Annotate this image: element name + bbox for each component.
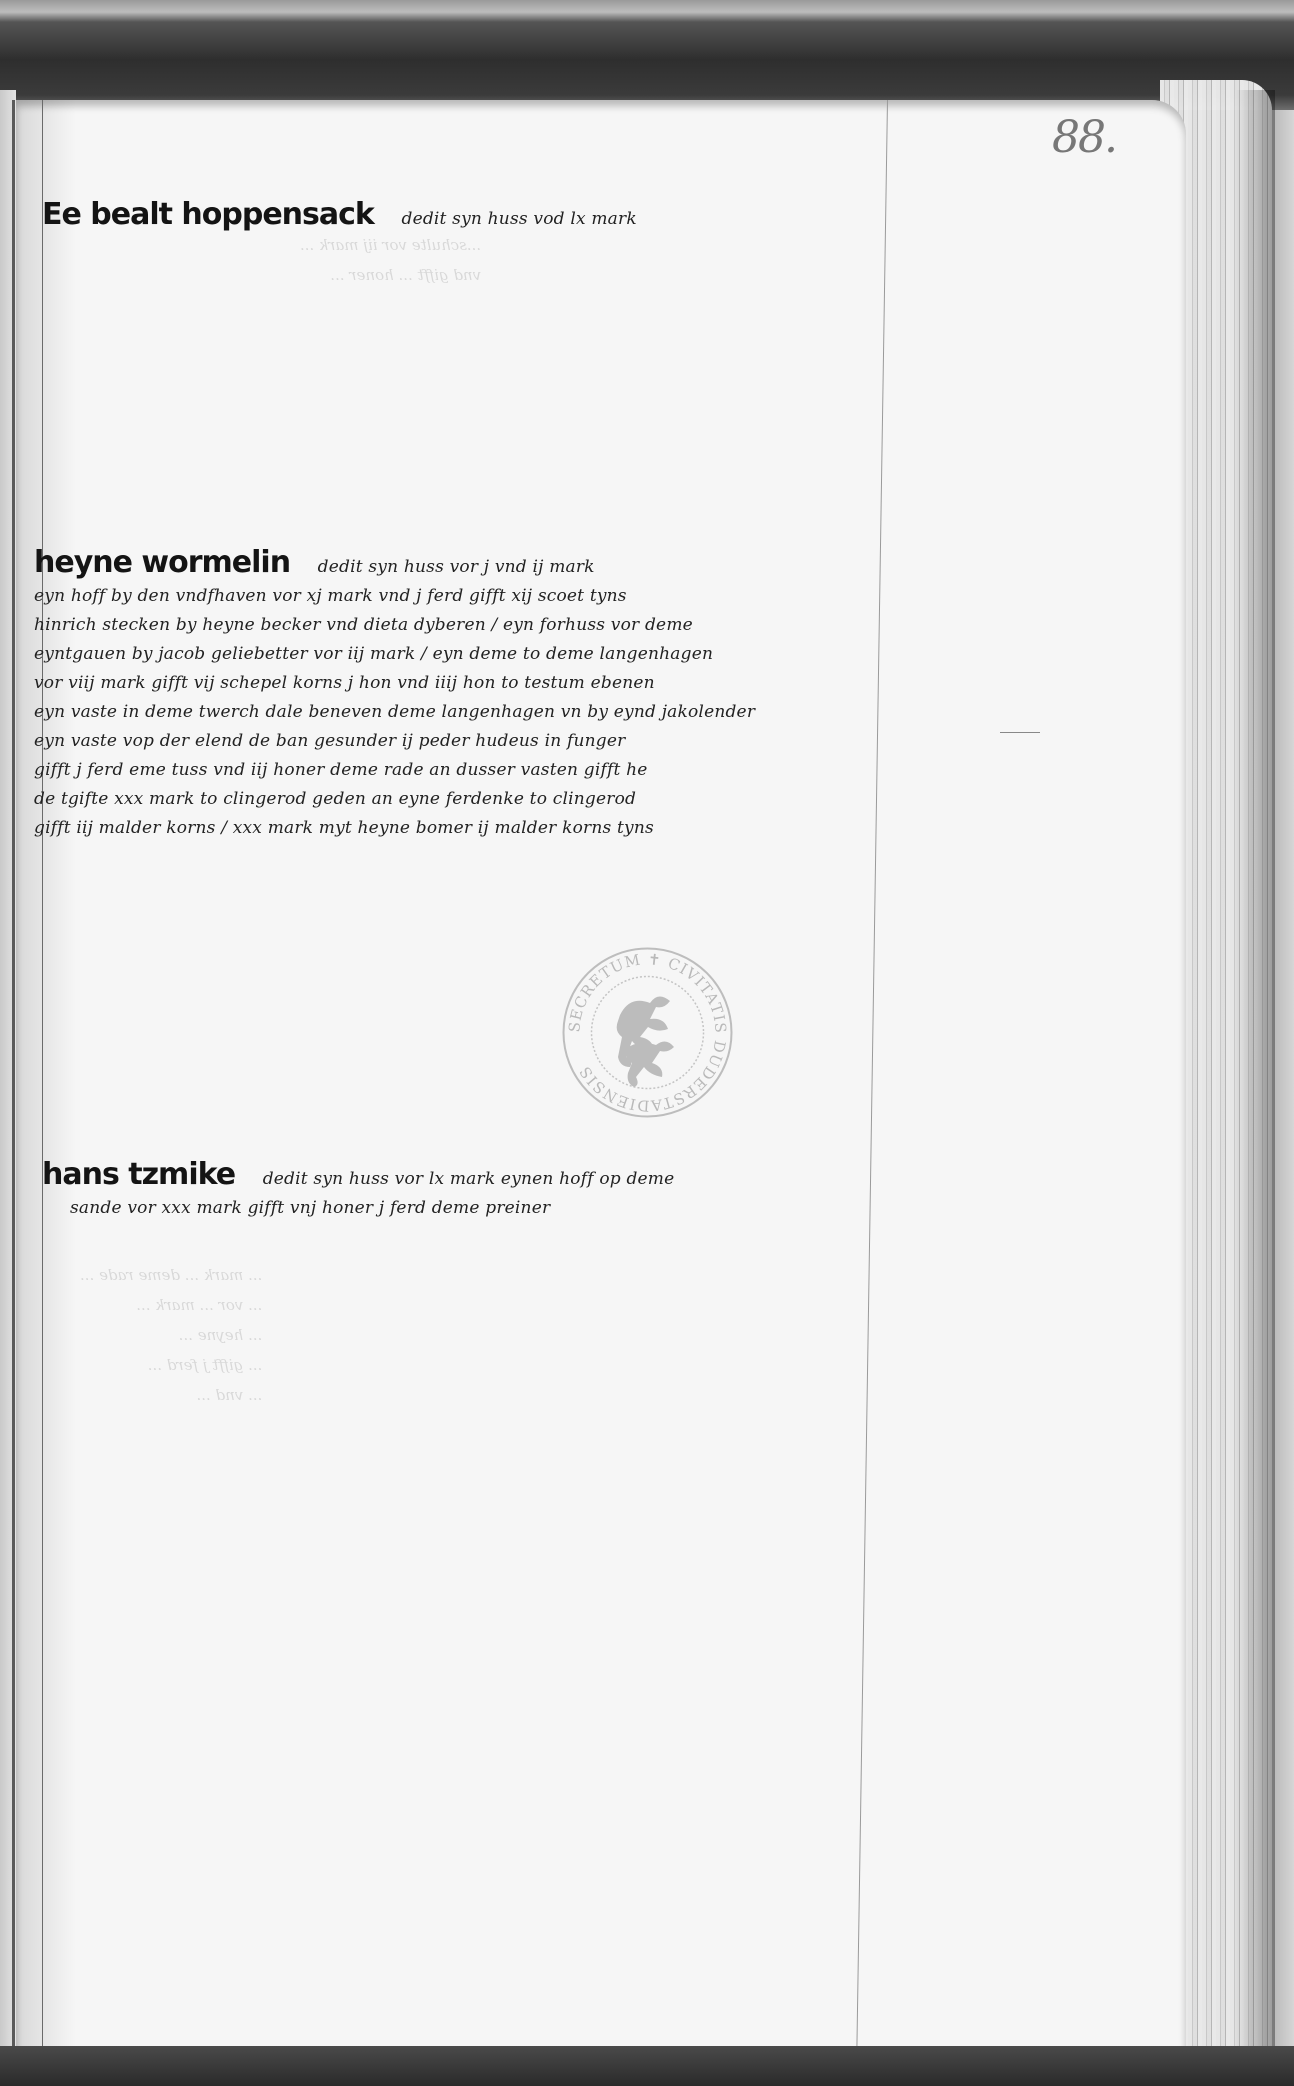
entry-line: Ee bealt hoppensack dedit syn huss vod l… [42, 200, 637, 234]
bleed-line: vnd gifft ... honer ... [300, 260, 481, 290]
entry-line: hinrich stecken by heyne becker vnd diet… [34, 611, 755, 640]
left-ruling-line [42, 100, 43, 2050]
entry-line: eyntgauen by jacob geliebetter vor iij m… [34, 640, 755, 669]
entry-1: Ee bealt hoppensack dedit syn huss vod l… [42, 200, 637, 234]
book-top-shadow [0, 0, 1294, 110]
gutter-line [12, 100, 15, 2060]
entry-line: heyne wormelin dedit syn huss vor j vnd … [34, 548, 755, 582]
entry-text: dedit syn huss vod lx mark [401, 209, 636, 229]
entry-2: heyne wormelin dedit syn huss vor j vnd … [34, 548, 755, 843]
entry-name: hans tzmike [42, 1157, 235, 1192]
entry-line: vor viij mark gifft vij schepel korns j … [34, 669, 755, 698]
margin-dash [1000, 732, 1040, 733]
bleed-line: ... heyne ... [80, 1320, 262, 1350]
page-stack-shadow [1235, 90, 1275, 2050]
entry-text: dedit syn huss vor j vnd ij mark [318, 557, 595, 577]
entry-text: dedit syn huss vor lx mark eynen hoff op… [263, 1169, 675, 1189]
bleed-line: ... mark ... deme rade ... [80, 1260, 262, 1290]
entry-line: gifft j ferd eme tuss vnd iij honer deme… [34, 756, 755, 785]
entry-name: heyne wormelin [34, 545, 290, 580]
bleed-line: ... gifft j ferd ... [80, 1350, 262, 1380]
bleed-line: ... vnd ... [80, 1380, 262, 1410]
entry-name: Ee bealt hoppensack [42, 197, 374, 232]
manuscript-scan: 88. Ee bealt hoppensack dedit syn huss v… [0, 0, 1294, 2086]
seal-inscription: SECRETUM ✝ CIVITATIS DUDERSTADIENSIS [565, 950, 729, 1115]
bleed-line: ... vor ... mark ... [80, 1290, 262, 1320]
background-right [1272, 110, 1294, 2060]
entry-line: hans tzmike dedit syn huss vor lx mark e… [42, 1160, 674, 1194]
bleed-through-text: ...schulte vor iij mark ... vnd gifft ..… [300, 230, 481, 290]
bleed-line: ...schulte vor iij mark ... [300, 230, 481, 260]
entry-line: eyn hoff by den vndfhaven vor xj mark vn… [34, 582, 755, 611]
entry-3: hans tzmike dedit syn huss vor lx mark e… [42, 1160, 674, 1223]
entry-line: sande vor xxx mark gifft vnj honer j fer… [42, 1194, 674, 1223]
city-seal-stamp: SECRETUM ✝ CIVITATIS DUDERSTADIENSIS [560, 945, 735, 1120]
lion-rampant-icon [617, 996, 674, 1087]
entry-line: eyn vaste in deme twerch dale beneven de… [34, 698, 755, 727]
gutter-shade [16, 100, 76, 2055]
folio-number: 88. [1052, 112, 1116, 163]
entry-line: eyn vaste vop der elend de ban gesunder … [34, 727, 755, 756]
bleed-through-text: ... mark ... deme rade ... ... vor ... m… [80, 1260, 262, 1410]
book-bottom-shadow [0, 2046, 1294, 2086]
entry-line: de tgifte xxx mark to clingerod geden an… [34, 785, 755, 814]
entry-line: gifft iij malder korns / xxx mark myt he… [34, 814, 755, 843]
